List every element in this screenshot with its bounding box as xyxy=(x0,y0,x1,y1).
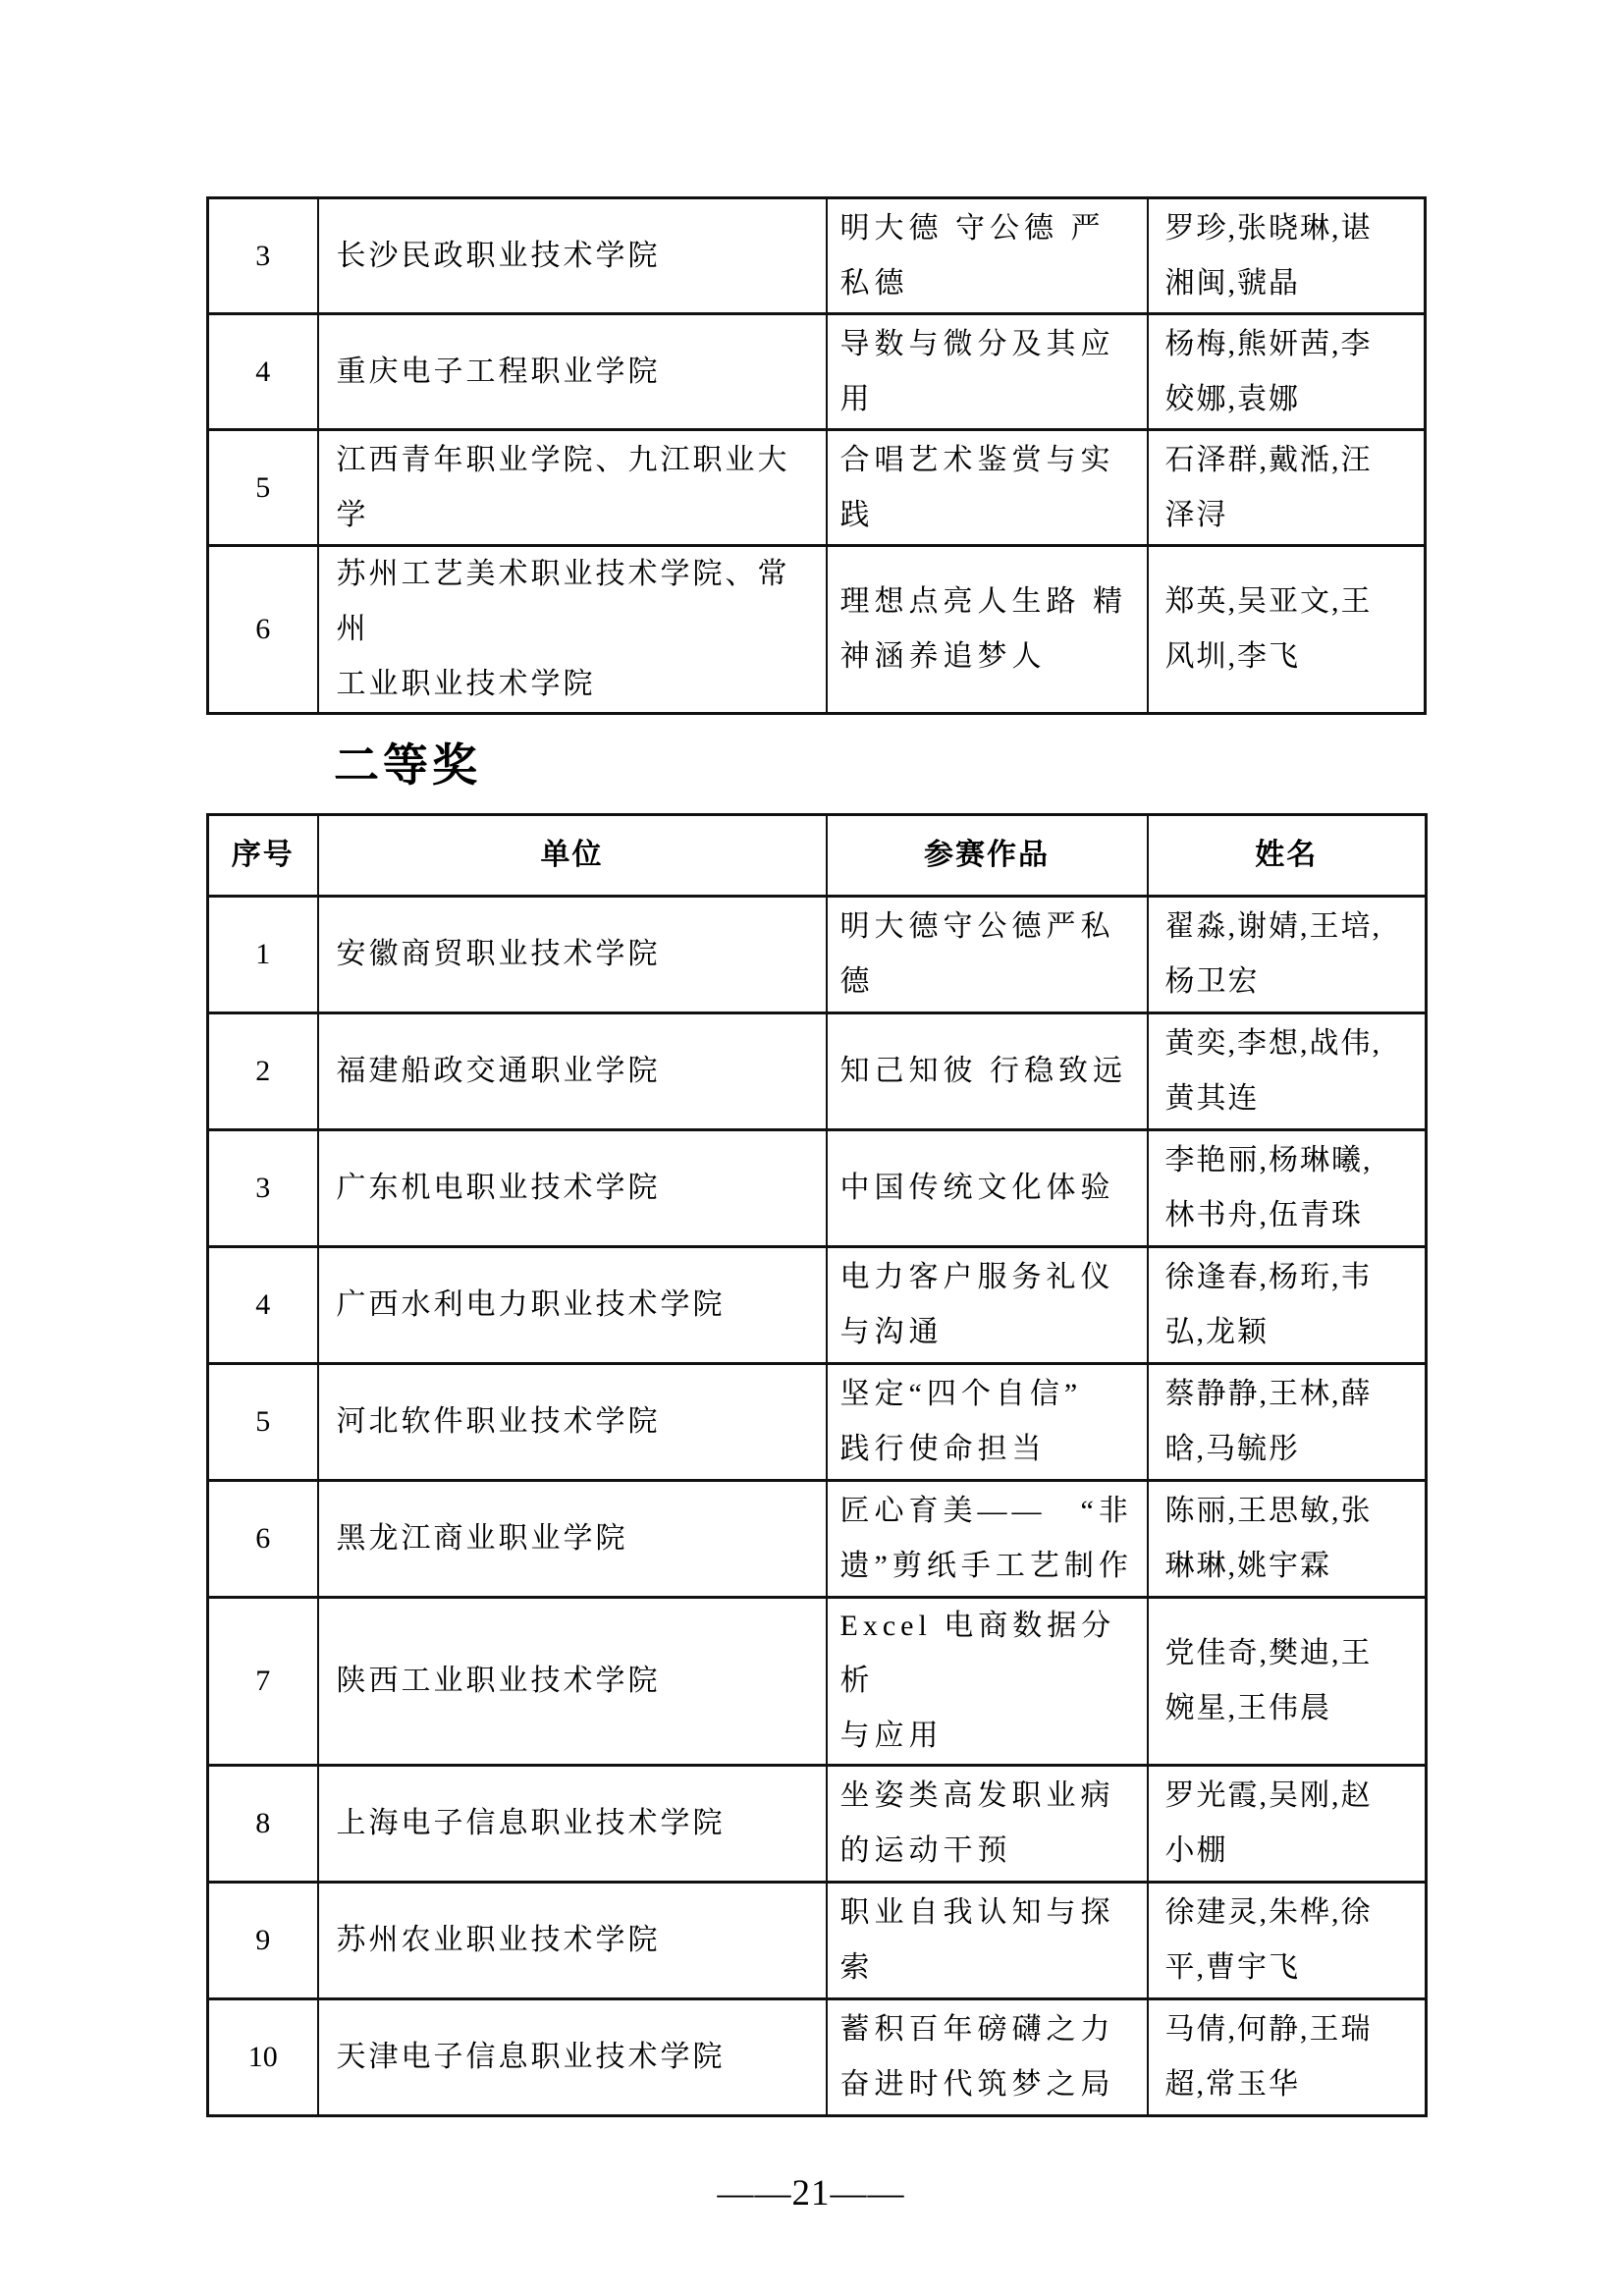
work-cell: 中国传统文化体验 xyxy=(827,1130,1148,1247)
unit-cell: 广东机电职业技术学院 xyxy=(318,1130,827,1247)
header-unit: 单位 xyxy=(318,815,827,897)
work-cell: Excel 电商数据分析 与应用 xyxy=(827,1598,1148,1766)
header-work: 参赛作品 xyxy=(827,815,1148,897)
unit-cell: 陕西工业职业技术学院 xyxy=(318,1598,827,1766)
second-prize-table: 序号 单位 参赛作品 姓名 1 安徽商贸职业技术学院 明大德守公德严私 德 翟淼… xyxy=(206,813,1428,2117)
table-row: 8 上海电子信息职业技术学院 坐姿类高发职业病 的运动干预 罗光霞,吴刚,赵 小… xyxy=(208,1766,1427,1883)
table-row: 2 福建船政交通职业学院 知己知彼 行稳致远 黄奕,李想,战伟, 黄其连 xyxy=(208,1013,1427,1130)
names-cell: 罗光霞,吴刚,赵 小棚 xyxy=(1148,1766,1427,1883)
table-row: 7 陕西工业职业技术学院 Excel 电商数据分析 与应用 党佳奇,樊迪,王 婉… xyxy=(208,1598,1427,1766)
table-row: 6 黑龙江商业职业学院 匠心育美—— “非 遗”剪纸手工艺制作 陈丽,王思敏,张… xyxy=(208,1481,1427,1598)
row-index-cell: 10 xyxy=(208,1999,318,2116)
work-cell: 导数与微分及其应 用 xyxy=(827,314,1148,430)
unit-cell: 长沙民政职业技术学院 xyxy=(318,198,827,314)
unit-cell: 苏州工艺美术职业技术学院、常州 工业职业技术学院 xyxy=(318,546,827,714)
row-index-cell: 3 xyxy=(208,198,318,314)
work-cell: 蓄积百年磅礴之力 奋进时代筑梦之局 xyxy=(827,1999,1148,2116)
row-index-cell: 9 xyxy=(208,1883,318,1999)
unit-cell: 河北软件职业技术学院 xyxy=(318,1364,827,1481)
work-cell: 理想点亮人生路 精 神涵养追梦人 xyxy=(827,546,1148,714)
row-index-cell: 4 xyxy=(208,1247,318,1364)
unit-cell: 重庆电子工程职业学院 xyxy=(318,314,827,430)
row-index-cell: 8 xyxy=(208,1766,318,1883)
names-cell: 党佳奇,樊迪,王 婉星,王伟晨 xyxy=(1148,1598,1427,1766)
work-cell: 匠心育美—— “非 遗”剪纸手工艺制作 xyxy=(827,1481,1148,1598)
row-index-cell: 2 xyxy=(208,1013,318,1130)
second-prize-heading: 二等奖 xyxy=(334,738,481,793)
work-cell: 知己知彼 行稳致远 xyxy=(827,1013,1148,1130)
names-cell: 翟淼,谢婧,王培, 杨卫宏 xyxy=(1148,897,1427,1013)
row-index-cell: 4 xyxy=(208,314,318,430)
names-cell: 徐建灵,朱桦,徐 平,曹宇飞 xyxy=(1148,1883,1427,1999)
table-row: 5 河北软件职业技术学院 坚定“四个自信” 践行使命担当 蔡静静,王林,薛 晗,… xyxy=(208,1364,1427,1481)
document-page: 3 长沙民政职业技术学院 明大德 守公德 严 私德 罗珍,张晓琳,谌 湘闽,虢晶… xyxy=(0,0,1622,2296)
row-index-cell: 5 xyxy=(208,430,318,546)
work-cell: 合唱艺术鉴赏与实 践 xyxy=(827,430,1148,546)
unit-cell: 江西青年职业学院、九江职业大学 xyxy=(318,430,827,546)
table-row: 6 苏州工艺美术职业技术学院、常州 工业职业技术学院 理想点亮人生路 精 神涵养… xyxy=(208,546,1426,714)
names-cell: 黄奕,李想,战伟, 黄其连 xyxy=(1148,1013,1427,1130)
row-index-cell: 6 xyxy=(208,1481,318,1598)
work-cell: 明大德守公德严私 德 xyxy=(827,897,1148,1013)
row-index-cell: 6 xyxy=(208,546,318,714)
unit-cell: 安徽商贸职业技术学院 xyxy=(318,897,827,1013)
table-row: 5 江西青年职业学院、九江职业大学 合唱艺术鉴赏与实 践 石泽群,戴湉,汪 泽浔 xyxy=(208,430,1426,546)
work-cell: 坐姿类高发职业病 的运动干预 xyxy=(827,1766,1148,1883)
work-cell: 电力客户服务礼仪 与沟通 xyxy=(827,1247,1148,1364)
table-row: 4 广西水利电力职业技术学院 电力客户服务礼仪 与沟通 徐逢春,杨珩,韦 弘,龙… xyxy=(208,1247,1427,1364)
row-index-cell: 5 xyxy=(208,1364,318,1481)
unit-cell: 天津电子信息职业技术学院 xyxy=(318,1999,827,2116)
row-index-cell: 7 xyxy=(208,1598,318,1766)
names-cell: 徐逢春,杨珩,韦 弘,龙颖 xyxy=(1148,1247,1427,1364)
unit-cell: 广西水利电力职业技术学院 xyxy=(318,1247,827,1364)
table-row: 4 重庆电子工程职业学院 导数与微分及其应 用 杨梅,熊妍茜,李 姣娜,袁娜 xyxy=(208,314,1426,430)
names-cell: 李艳丽,杨琳曦, 林书舟,伍青珠 xyxy=(1148,1130,1427,1247)
work-cell: 坚定“四个自信” 践行使命担当 xyxy=(827,1364,1148,1481)
table-row: 10 天津电子信息职业技术学院 蓄积百年磅礴之力 奋进时代筑梦之局 马倩,何静,… xyxy=(208,1999,1427,2116)
names-cell: 石泽群,戴湉,汪 泽浔 xyxy=(1148,430,1426,546)
first-prize-table-continued: 3 长沙民政职业技术学院 明大德 守公德 严 私德 罗珍,张晓琳,谌 湘闽,虢晶… xyxy=(206,196,1427,715)
names-cell: 罗珍,张晓琳,谌 湘闽,虢晶 xyxy=(1148,198,1426,314)
names-cell: 杨梅,熊妍茜,李 姣娜,袁娜 xyxy=(1148,314,1426,430)
unit-cell: 苏州农业职业技术学院 xyxy=(318,1883,827,1999)
unit-cell: 黑龙江商业职业学院 xyxy=(318,1481,827,1598)
header-index: 序号 xyxy=(208,815,318,897)
names-cell: 蔡静静,王林,薛 晗,马毓彤 xyxy=(1148,1364,1427,1481)
table-row: 3 广东机电职业技术学院 中国传统文化体验 李艳丽,杨琳曦, 林书舟,伍青珠 xyxy=(208,1130,1427,1247)
work-cell: 职业自我认知与探 索 xyxy=(827,1883,1148,1999)
header-names: 姓名 xyxy=(1148,815,1427,897)
table-header-row: 序号 单位 参赛作品 姓名 xyxy=(208,815,1427,897)
names-cell: 马倩,何静,王瑞 超,常玉华 xyxy=(1148,1999,1427,2116)
table-row: 3 长沙民政职业技术学院 明大德 守公德 严 私德 罗珍,张晓琳,谌 湘闽,虢晶 xyxy=(208,198,1426,314)
unit-cell: 上海电子信息职业技术学院 xyxy=(318,1766,827,1883)
work-cell: 明大德 守公德 严 私德 xyxy=(827,198,1148,314)
row-index-cell: 1 xyxy=(208,897,318,1013)
table-row: 1 安徽商贸职业技术学院 明大德守公德严私 德 翟淼,谢婧,王培, 杨卫宏 xyxy=(208,897,1427,1013)
row-index-cell: 3 xyxy=(208,1130,318,1247)
table-row: 9 苏州农业职业技术学院 职业自我认知与探 索 徐建灵,朱桦,徐 平,曹宇飞 xyxy=(208,1883,1427,1999)
names-cell: 陈丽,王思敏,张 琳琳,姚宇霖 xyxy=(1148,1481,1427,1598)
page-number: ——21—— xyxy=(0,2172,1622,2214)
unit-cell: 福建船政交通职业学院 xyxy=(318,1013,827,1130)
names-cell: 郑英,吴亚文,王 风圳,李飞 xyxy=(1148,546,1426,714)
